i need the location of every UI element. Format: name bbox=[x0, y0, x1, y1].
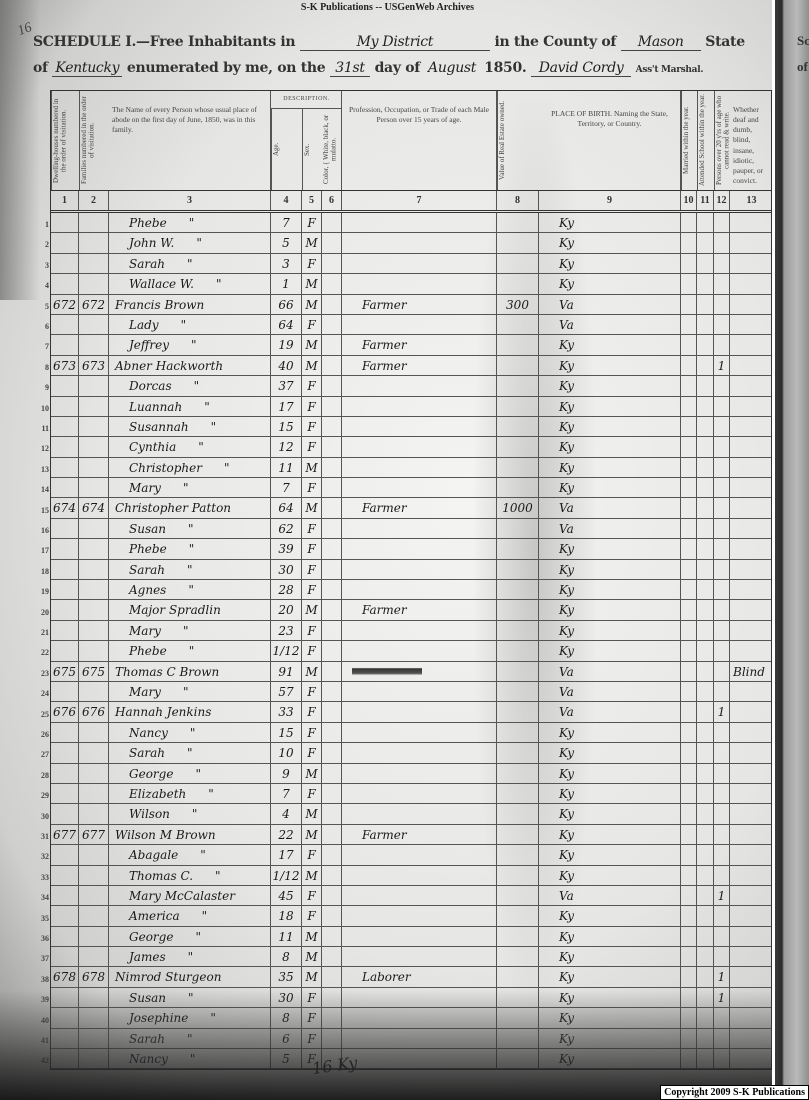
attended-school-cell bbox=[697, 539, 714, 558]
occupation-cell bbox=[342, 682, 497, 701]
age-cell: 35 bbox=[271, 967, 302, 986]
header-real-estate: Value of Real Estate owned. bbox=[497, 91, 539, 190]
cannot-read-write-cell bbox=[714, 315, 730, 334]
cannot-read-write-cell: 1 bbox=[714, 702, 730, 721]
table-row: Thomas C."1/12MKy bbox=[51, 866, 771, 886]
cannot-read-write-cell: 1 bbox=[714, 886, 730, 905]
person-name: Nimrod Sturgeon bbox=[115, 970, 221, 984]
ditto-mark: " bbox=[178, 848, 206, 862]
occupation-cell bbox=[342, 580, 497, 599]
header-condition: Whether deaf and dumb, blind, insane, id… bbox=[730, 91, 773, 190]
birthplace-cell: Ky bbox=[539, 1008, 681, 1027]
line-number: 7 bbox=[35, 342, 49, 351]
family-number-cell: 676 bbox=[79, 702, 109, 721]
ditto-mark: " bbox=[165, 1032, 193, 1046]
header-married: Married within the year. bbox=[681, 91, 697, 190]
real-estate-value-cell bbox=[497, 1008, 539, 1027]
table-row: 675675Thomas C Brown91M(struck out)VaBli… bbox=[51, 662, 771, 682]
family-number-cell bbox=[79, 213, 109, 232]
real-estate-value-cell bbox=[497, 906, 539, 925]
table-row: Phebe"1/12FKy bbox=[51, 641, 771, 661]
dwelling-number-cell: 676 bbox=[51, 702, 79, 721]
person-name-cell: Christopher Patton bbox=[109, 498, 271, 517]
day-field: 31st bbox=[330, 60, 370, 77]
occupation-cell bbox=[342, 213, 497, 232]
occupation-cell bbox=[342, 254, 497, 273]
dwelling-number-cell bbox=[51, 478, 79, 497]
person-name-cell: America" bbox=[109, 906, 271, 925]
sex-cell: F bbox=[302, 784, 322, 803]
real-estate-value-cell bbox=[497, 723, 539, 742]
column-number: 12 bbox=[714, 191, 730, 210]
ditto-mark bbox=[219, 665, 241, 679]
age-cell: 91 bbox=[271, 662, 302, 681]
table-row: 678678Nimrod Sturgeon35MLaborerKy1 bbox=[51, 967, 771, 987]
cannot-read-write-cell bbox=[714, 1049, 730, 1068]
family-number-cell bbox=[79, 723, 109, 742]
attended-school-cell bbox=[697, 621, 714, 640]
age-cell: 17 bbox=[271, 397, 302, 416]
table-row: John W."5MKy bbox=[51, 233, 771, 253]
person-name: Elizabeth bbox=[115, 787, 186, 801]
birthplace-cell: Ky bbox=[539, 967, 681, 986]
married-within-year-cell bbox=[681, 274, 697, 293]
sex-cell: M bbox=[302, 356, 322, 375]
occupation-cell bbox=[342, 621, 497, 640]
condition-cell bbox=[730, 621, 773, 640]
married-within-year-cell bbox=[681, 498, 697, 517]
color-cell bbox=[322, 600, 342, 619]
age-cell: 5 bbox=[271, 1049, 302, 1068]
birthplace-cell: Ky bbox=[539, 417, 681, 436]
person-name: Abner Hackworth bbox=[115, 359, 223, 373]
person-name: Mary McCalaster bbox=[115, 889, 235, 903]
birthplace-cell: Va bbox=[539, 519, 681, 538]
real-estate-value-cell: 1000 bbox=[497, 498, 539, 517]
dwelling-number-cell bbox=[51, 560, 79, 579]
married-within-year-cell bbox=[681, 478, 697, 497]
sex-cell: M bbox=[302, 804, 322, 823]
dwelling-number-cell bbox=[51, 315, 79, 334]
ditto-mark: " bbox=[165, 746, 193, 760]
sex-cell: M bbox=[302, 600, 322, 619]
condition-cell bbox=[730, 641, 773, 660]
cannot-read-write-cell bbox=[714, 866, 730, 885]
ditto-mark: " bbox=[167, 542, 195, 556]
cannot-read-write-cell bbox=[714, 682, 730, 701]
family-number-cell bbox=[79, 927, 109, 946]
sex-cell: M bbox=[302, 295, 322, 314]
line-number: 40 bbox=[35, 1016, 49, 1025]
married-within-year-cell bbox=[681, 886, 697, 905]
state-label: State bbox=[705, 34, 745, 50]
table-row: George"9MKy bbox=[51, 764, 771, 784]
table-row: Mary"7FKy bbox=[51, 478, 771, 498]
attended-school-cell bbox=[697, 315, 714, 334]
married-within-year-cell bbox=[681, 621, 697, 640]
header-name: The Name of every Person whose usual pla… bbox=[109, 91, 271, 190]
married-within-year-cell bbox=[681, 254, 697, 273]
age-cell: 15 bbox=[271, 723, 302, 742]
color-cell bbox=[322, 702, 342, 721]
cannot-read-write-cell bbox=[714, 519, 730, 538]
person-name: Major Spradlin bbox=[115, 603, 221, 617]
ditto-mark bbox=[216, 828, 238, 842]
real-estate-value-cell bbox=[497, 560, 539, 579]
color-cell bbox=[322, 519, 342, 538]
ditto-mark: " bbox=[161, 685, 189, 699]
table-row: Susan"62FVa bbox=[51, 519, 771, 539]
married-within-year-cell bbox=[681, 845, 697, 864]
person-name: Phebe bbox=[115, 644, 167, 658]
ditto-mark: " bbox=[202, 461, 230, 475]
ditto-mark: " bbox=[172, 379, 200, 393]
color-cell bbox=[322, 845, 342, 864]
attended-school-cell bbox=[697, 437, 714, 456]
ditto-mark: " bbox=[168, 726, 196, 740]
day-of-label: day of bbox=[375, 60, 420, 76]
cannot-read-write-cell bbox=[714, 254, 730, 273]
real-estate-value-cell bbox=[497, 437, 539, 456]
table-row: Nancy"5FKy bbox=[51, 1049, 771, 1069]
sex-cell: M bbox=[302, 764, 322, 783]
birthplace-cell: Ky bbox=[539, 478, 681, 497]
real-estate-value-cell bbox=[497, 458, 539, 477]
column-number: 6 bbox=[322, 191, 342, 210]
birthplace-cell: Ky bbox=[539, 458, 681, 477]
condition-cell bbox=[730, 560, 773, 579]
color-cell bbox=[322, 580, 342, 599]
person-name: Susan bbox=[115, 991, 166, 1005]
married-within-year-cell bbox=[681, 804, 697, 823]
column-number: 13 bbox=[730, 191, 773, 210]
column-number: 4 bbox=[271, 191, 302, 210]
occupation-cell bbox=[342, 1008, 497, 1027]
birthplace-cell: Ky bbox=[539, 866, 681, 885]
schedule-label: SCHEDULE I.—Free Inhabitants in bbox=[33, 34, 295, 50]
attended-school-cell bbox=[697, 682, 714, 701]
line-number: 38 bbox=[35, 975, 49, 984]
family-number-cell bbox=[79, 784, 109, 803]
occupation-cell bbox=[342, 519, 497, 538]
age-cell: 15 bbox=[271, 417, 302, 436]
color-cell bbox=[322, 1008, 342, 1027]
real-estate-value-cell bbox=[497, 845, 539, 864]
person-name: Dorcas bbox=[115, 379, 172, 393]
color-cell bbox=[322, 641, 342, 660]
attended-school-cell bbox=[697, 580, 714, 599]
family-number-cell bbox=[79, 335, 109, 354]
cannot-read-write-cell bbox=[714, 764, 730, 783]
dwelling-number-cell bbox=[51, 682, 79, 701]
table-row: 673673Abner Hackworth40MFarmerKy1 bbox=[51, 356, 771, 376]
real-estate-value-cell bbox=[497, 967, 539, 986]
ditto-mark: " bbox=[170, 807, 198, 821]
real-estate-value-cell bbox=[497, 600, 539, 619]
color-cell bbox=[322, 906, 342, 925]
family-number-cell bbox=[79, 560, 109, 579]
line-number: 28 bbox=[35, 771, 49, 780]
sex-cell: F bbox=[302, 886, 322, 905]
person-name-cell: Francis Brown bbox=[109, 295, 271, 314]
birthplace-cell: Va bbox=[539, 702, 681, 721]
age-cell: 20 bbox=[271, 600, 302, 619]
birthplace-cell: Va bbox=[539, 886, 681, 905]
person-name-cell: Wallace W." bbox=[109, 274, 271, 293]
sex-cell: M bbox=[302, 274, 322, 293]
line-number: 30 bbox=[35, 812, 49, 821]
table-row: Josephine"8FKy bbox=[51, 1008, 771, 1028]
ditto-mark bbox=[221, 603, 243, 617]
family-number-cell bbox=[79, 906, 109, 925]
year-label: 1850. bbox=[484, 60, 526, 76]
age-cell: 66 bbox=[271, 295, 302, 314]
attended-school-cell bbox=[697, 784, 714, 803]
person-name-cell: Christopher" bbox=[109, 458, 271, 477]
person-name: James bbox=[115, 950, 166, 964]
condition-cell bbox=[730, 764, 773, 783]
table-row: Dorcas"37FKy bbox=[51, 376, 771, 396]
cannot-read-write-cell bbox=[714, 376, 730, 395]
family-number-cell: 673 bbox=[79, 356, 109, 375]
real-estate-value-cell bbox=[497, 335, 539, 354]
person-name: Cynthia bbox=[115, 440, 176, 454]
table-row: 677677Wilson M Brown22MFarmerKy bbox=[51, 825, 771, 845]
person-name: Susan bbox=[115, 522, 166, 536]
married-within-year-cell bbox=[681, 1049, 697, 1068]
age-cell: 28 bbox=[271, 580, 302, 599]
married-within-year-cell bbox=[681, 600, 697, 619]
attended-school-cell bbox=[697, 560, 714, 579]
person-name-cell: Sarah" bbox=[109, 254, 271, 273]
married-within-year-cell bbox=[681, 825, 697, 844]
cannot-read-write-cell bbox=[714, 1008, 730, 1027]
dwelling-number-cell bbox=[51, 539, 79, 558]
occupation-cell bbox=[342, 641, 497, 660]
table-row: Sarah"6FKy bbox=[51, 1029, 771, 1049]
cannot-read-write-cell bbox=[714, 927, 730, 946]
dwelling-number-cell: 678 bbox=[51, 967, 79, 986]
family-number-cell: 672 bbox=[79, 295, 109, 314]
county-label: in the County of bbox=[494, 34, 616, 50]
person-name: Wilson bbox=[115, 807, 170, 821]
dwelling-number-cell bbox=[51, 1029, 79, 1048]
dwelling-number-cell bbox=[51, 519, 79, 538]
person-name-cell: Mary McCalaster bbox=[109, 886, 271, 905]
line-number: 16 bbox=[35, 526, 49, 535]
color-cell bbox=[322, 682, 342, 701]
cannot-read-write-cell bbox=[714, 437, 730, 456]
occupation-cell bbox=[342, 376, 497, 395]
color-cell bbox=[322, 764, 342, 783]
real-estate-value-cell bbox=[497, 274, 539, 293]
dwelling-number-cell bbox=[51, 233, 79, 252]
table-row: Sarah"3FKy bbox=[51, 254, 771, 274]
attended-school-cell bbox=[697, 274, 714, 293]
dwelling-number-cell bbox=[51, 335, 79, 354]
header-dwelling: Dwelling-houses numbered in the order of… bbox=[51, 91, 79, 190]
occupation-cell bbox=[342, 539, 497, 558]
column-number: 10 bbox=[681, 191, 697, 210]
married-within-year-cell bbox=[681, 376, 697, 395]
birthplace-cell: Ky bbox=[539, 988, 681, 1007]
birthplace-cell: Ky bbox=[539, 1029, 681, 1048]
sex-cell: F bbox=[302, 906, 322, 925]
attended-school-cell bbox=[697, 825, 714, 844]
dwelling-number-cell: 672 bbox=[51, 295, 79, 314]
real-estate-value-cell bbox=[497, 947, 539, 966]
occupation-cell bbox=[342, 764, 497, 783]
age-cell: 1 bbox=[271, 274, 302, 293]
cannot-read-write-cell bbox=[714, 478, 730, 497]
person-name: George bbox=[115, 767, 173, 781]
dwelling-number-cell bbox=[51, 886, 79, 905]
birthplace-cell: Ky bbox=[539, 356, 681, 375]
person-name-cell: Sarah" bbox=[109, 1029, 271, 1048]
dwelling-number-cell bbox=[51, 458, 79, 477]
ditto-mark: " bbox=[169, 338, 197, 352]
color-cell bbox=[322, 356, 342, 375]
line-number: 5 bbox=[35, 302, 49, 311]
ditto-mark: " bbox=[161, 624, 189, 638]
sex-cell: M bbox=[302, 866, 322, 885]
birthplace-cell: Ky bbox=[539, 1049, 681, 1068]
ditto-mark: " bbox=[165, 563, 193, 577]
line-number: 24 bbox=[35, 689, 49, 698]
header-family: Families numbered in the order of visita… bbox=[79, 91, 109, 190]
line-number: 19 bbox=[35, 587, 49, 596]
person-name-cell: Jeffrey" bbox=[109, 335, 271, 354]
header-sex: Sex. bbox=[302, 109, 322, 190]
age-cell: 57 bbox=[271, 682, 302, 701]
occupation-cell: Farmer bbox=[342, 600, 497, 619]
person-name-cell: Sarah" bbox=[109, 560, 271, 579]
color-cell bbox=[322, 947, 342, 966]
line-number: 33 bbox=[35, 873, 49, 882]
attended-school-cell bbox=[697, 845, 714, 864]
person-name: Phebe bbox=[115, 216, 167, 230]
table-row: Luannah"17FKy bbox=[51, 397, 771, 417]
family-number-cell bbox=[79, 886, 109, 905]
table-row: Agnes"28FKy bbox=[51, 580, 771, 600]
age-cell: 37 bbox=[271, 376, 302, 395]
attended-school-cell bbox=[697, 295, 714, 314]
line-number: 25 bbox=[35, 710, 49, 719]
color-cell bbox=[322, 662, 342, 681]
birthplace-cell: Ky bbox=[539, 825, 681, 844]
person-name: Thomas C. bbox=[115, 869, 193, 883]
header-occupation: Profession, Occupation, or Trade of each… bbox=[342, 91, 497, 190]
occupation-cell bbox=[342, 1049, 497, 1068]
attended-school-cell bbox=[697, 702, 714, 721]
condition-cell bbox=[730, 988, 773, 1007]
cannot-read-write-cell bbox=[714, 600, 730, 619]
cannot-read-write-cell bbox=[714, 233, 730, 252]
attended-school-cell bbox=[697, 1029, 714, 1048]
color-cell bbox=[322, 315, 342, 334]
person-name-cell: Nimrod Sturgeon bbox=[109, 967, 271, 986]
family-number-cell bbox=[79, 274, 109, 293]
color-cell bbox=[322, 988, 342, 1007]
dwelling-number-cell bbox=[51, 947, 79, 966]
ditto-mark: " bbox=[166, 522, 194, 536]
sex-cell: F bbox=[302, 743, 322, 762]
attended-school-cell bbox=[697, 967, 714, 986]
dwelling-number-cell bbox=[51, 397, 79, 416]
cannot-read-write-cell: 1 bbox=[714, 967, 730, 986]
dwelling-number-cell bbox=[51, 580, 79, 599]
ditto-mark bbox=[204, 298, 226, 312]
ditto-mark: " bbox=[166, 950, 194, 964]
birthplace-cell: Ky bbox=[539, 947, 681, 966]
line-number: 26 bbox=[35, 730, 49, 739]
age-cell: 18 bbox=[271, 906, 302, 925]
family-number-cell bbox=[79, 478, 109, 497]
condition-cell bbox=[730, 274, 773, 293]
person-name: Sarah bbox=[115, 746, 165, 760]
header-description-title: DESCRIPTION. bbox=[271, 91, 342, 109]
age-cell: 3 bbox=[271, 254, 302, 273]
line-number: 13 bbox=[35, 465, 49, 474]
occupation-cell: Farmer bbox=[342, 356, 497, 375]
sex-cell: F bbox=[302, 254, 322, 273]
cannot-read-write-cell bbox=[714, 1029, 730, 1048]
sex-cell: F bbox=[302, 478, 322, 497]
married-within-year-cell bbox=[681, 866, 697, 885]
line-number: 3 bbox=[35, 261, 49, 270]
married-within-year-cell bbox=[681, 213, 697, 232]
condition-cell bbox=[730, 254, 773, 273]
birthplace-cell: Ky bbox=[539, 254, 681, 273]
attended-school-cell bbox=[697, 1049, 714, 1068]
of-label: of bbox=[33, 60, 48, 76]
ditto-mark: " bbox=[159, 318, 187, 332]
dwelling-number-cell bbox=[51, 866, 79, 885]
person-name: Mary bbox=[115, 685, 161, 699]
real-estate-value-cell bbox=[497, 580, 539, 599]
table-row: Major Spradlin20MFarmerKy bbox=[51, 600, 771, 620]
age-cell: 45 bbox=[271, 886, 302, 905]
header-age: Age. bbox=[271, 109, 302, 190]
condition-cell bbox=[730, 967, 773, 986]
family-number-cell bbox=[79, 845, 109, 864]
ditto-mark: " bbox=[166, 583, 194, 597]
married-within-year-cell bbox=[681, 743, 697, 762]
sex-cell: F bbox=[302, 723, 322, 742]
birthplace-cell: Va bbox=[539, 498, 681, 517]
line-number: 12 bbox=[35, 444, 49, 453]
occupation-cell bbox=[342, 478, 497, 497]
person-name: Abagale bbox=[115, 848, 178, 862]
cannot-read-write-cell bbox=[714, 845, 730, 864]
attended-school-cell bbox=[697, 906, 714, 925]
line-number: 15 bbox=[35, 506, 49, 515]
family-number-cell bbox=[79, 437, 109, 456]
married-within-year-cell bbox=[681, 397, 697, 416]
sex-cell: M bbox=[302, 335, 322, 354]
color-cell bbox=[322, 233, 342, 252]
cannot-read-write-cell: 1 bbox=[714, 988, 730, 1007]
month-field: August bbox=[425, 60, 480, 76]
attended-school-cell bbox=[697, 804, 714, 823]
next-page-fragment-1: Sc bbox=[797, 33, 809, 49]
person-name: George bbox=[115, 930, 173, 944]
ditto-mark bbox=[221, 970, 243, 984]
dwelling-number-cell bbox=[51, 1008, 79, 1027]
person-name-cell: Dorcas" bbox=[109, 376, 271, 395]
age-cell: 7 bbox=[271, 478, 302, 497]
occupation-cell bbox=[342, 274, 497, 293]
